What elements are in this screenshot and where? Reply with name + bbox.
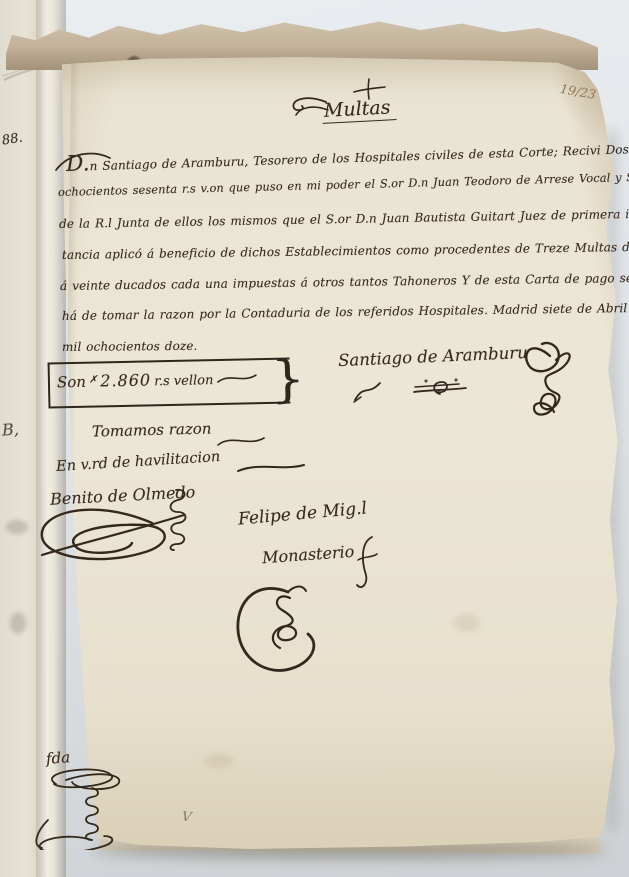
ink-smudge xyxy=(6,520,28,534)
ink-smudge xyxy=(10,612,26,634)
faint-folio-number-previous-page: 88. xyxy=(1,130,24,148)
photograph-of-manuscript: 88. B, Multas 19/23 D. xyxy=(0,0,629,877)
book-gutter-fold xyxy=(36,0,66,877)
paper-stain xyxy=(454,614,480,632)
paper-stain xyxy=(204,754,234,768)
manuscript-page xyxy=(54,54,620,849)
faint-ink-mark: B, xyxy=(1,419,19,439)
